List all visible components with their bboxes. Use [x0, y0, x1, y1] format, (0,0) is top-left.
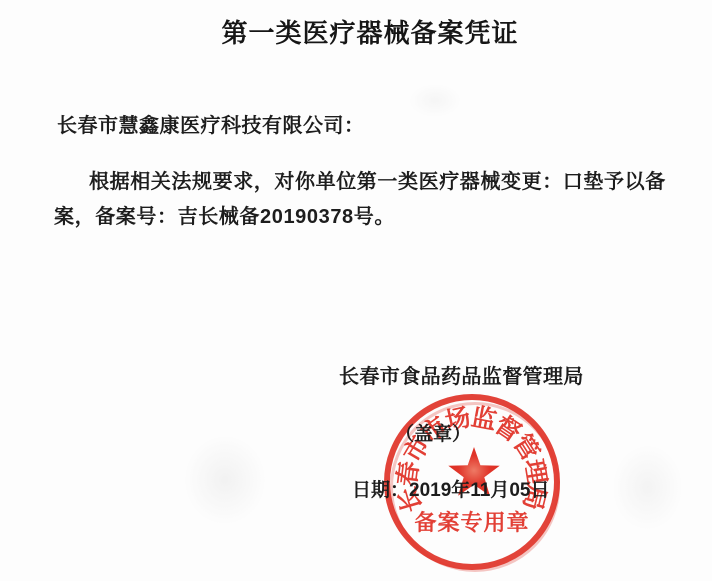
issue-date: 日期：2019年11月05日 [352, 481, 550, 502]
certificate-title: 第一类医疗器械备案凭证 [0, 19, 712, 47]
body-paragraph-line-2: 案，备案号：吉长械备20190378号。 [54, 207, 395, 229]
scanned-certificate-page: { "document": { "title": "第一类医疗器械备案凭证", … [0, 0, 712, 581]
seal-here-note: （盖章） [395, 425, 471, 446]
issuing-authority: 长春市食品药品监督管理局 [339, 367, 584, 389]
addressee-company-name: 长春市慧鑫康医疗科技有限公司： [57, 116, 365, 138]
seal-bottom-text: 备案专用章 [384, 506, 560, 537]
body-paragraph-line-1: 根据相关法规要求，对你单位第一类医疗器械变更：口垫予以备 [54, 172, 666, 194]
